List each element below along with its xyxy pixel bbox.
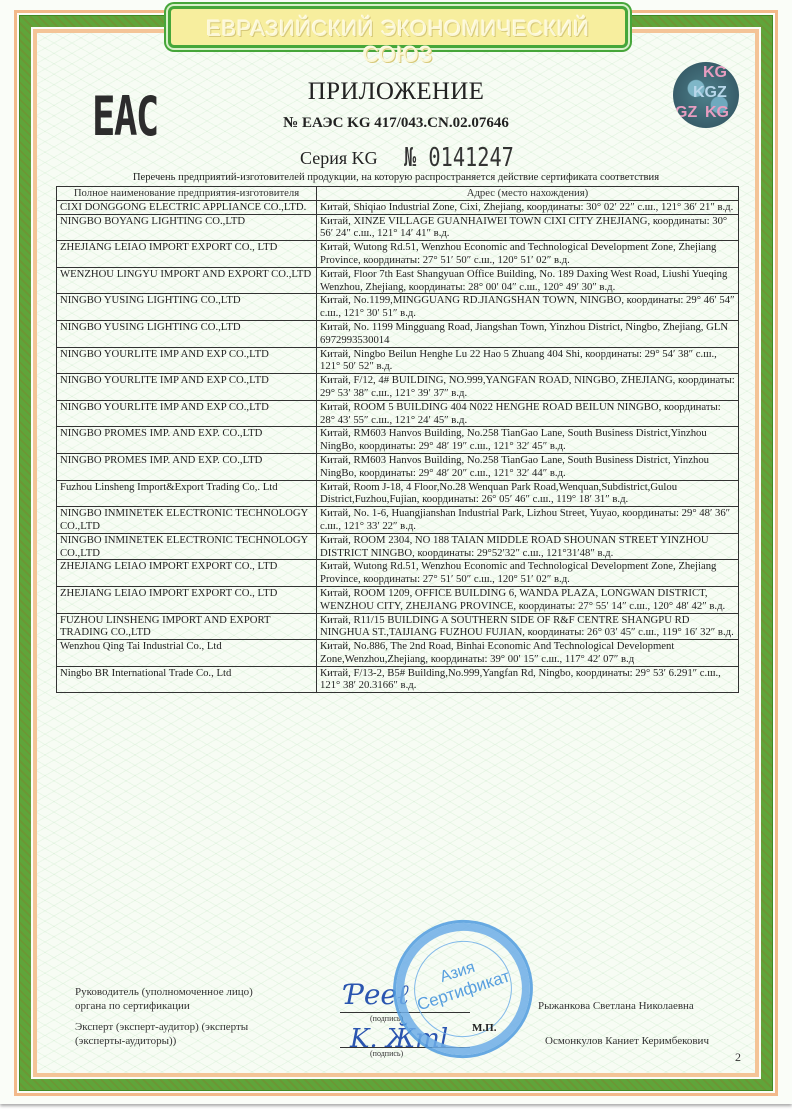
table-row: NINGBO YOURLITE IMP AND EXP CO.,LTDКитай…: [57, 374, 739, 401]
table-row: Fuzhou Linsheng Import&Export Trading Co…: [57, 480, 739, 507]
manufacturer-address: Китай, No.886, The 2nd Road, Binhai Econ…: [317, 640, 739, 667]
manufacturer-address: Китай, ROOM 1209, OFFICE BUILDING 6, WAN…: [317, 586, 739, 613]
manufacturer-address: Китай, RM603 Hanvos Building, No.258 Tia…: [317, 427, 739, 454]
manufacturer-address: Китай, No. 1-6, Huangjianshan Industrial…: [317, 507, 739, 534]
manufacturer-address: Китай, XINZE VILLAGE GUANHAIWEI TOWN CIX…: [317, 214, 739, 241]
list-caption: Перечень предприятий-изготовителей проду…: [0, 172, 792, 183]
manufacturer-address: Китай, Floor 7th East Shangyuan Office B…: [317, 267, 739, 294]
table-row: NINGBO PROMES IMP. AND EXP. CO.,LTDКитай…: [57, 453, 739, 480]
manufacturer-name: NINGBO YOURLITE IMP AND EXP CO.,LTD: [57, 400, 317, 427]
table-row: NINGBO INMINETEK ELECTRONIC TECHNOLOGY C…: [57, 507, 739, 534]
certificate-number: № ЕАЭС KG 417/043.CN.02.07646: [0, 115, 792, 132]
head-name: Рыжанкова Светлана Николаевна: [538, 1000, 694, 1012]
manufacturer-address: Китай, RM603 Hanvos Building, No.258 Tia…: [317, 453, 739, 480]
table-row: ZHEJIANG LEIAO IMPORT EXPORT CO., LTDКит…: [57, 586, 739, 613]
table-row: NINGBO YOURLITE IMP AND EXP CO.,LTDКитай…: [57, 400, 739, 427]
manufacturer-address: Китай, F/12, 4# BUILDING, NO.999,YANGFAN…: [317, 374, 739, 401]
table-row: Wenzhou Qing Tai Industrial Co., LtdКита…: [57, 640, 739, 667]
expert-name: Осмонкулов Каниет Керимбекович: [545, 1035, 709, 1047]
manufacturer-name: NINGBO YOURLITE IMP AND EXP CO.,LTD: [57, 347, 317, 374]
table-row: NINGBO BOYANG LIGHTING CO.,LTDКитай, XIN…: [57, 214, 739, 241]
table-row: CIXI DONGGONG ELECTRIC APPLIANCE CO.,LTD…: [57, 200, 739, 214]
union-banner-text: ЕВРАЗИЙСКИЙ ЭКОНОМИЧЕСКИЙ СОЮЗ: [171, 16, 625, 68]
manufacturer-address: Китай, ROOM 2304, NO 188 TAIAN MIDDLE RO…: [317, 533, 739, 560]
manufacturer-address: Китай, ROOM 5 BUILDING 404 N022 HENGHE R…: [317, 400, 739, 427]
table-row: ZHEJIANG LEIAO IMPORT EXPORT CO., LTDКит…: [57, 560, 739, 587]
manufacturer-name: Wenzhou Qing Tai Industrial Co., Ltd: [57, 640, 317, 667]
table-row: FUZHOU LINSHENG IMPORT AND EXPORT TRADIN…: [57, 613, 739, 640]
signature-caption: (подпись): [370, 1049, 403, 1058]
column-header-address: Адрес (место нахождения): [317, 187, 739, 201]
series-number: № 0141247: [404, 143, 514, 173]
manufacturer-address: Китай, Shiqiao Industrial Zone, Cixi, Zh…: [317, 200, 739, 214]
manufacturer-address: Китай, R11/15 BUILDING A SOUTHERN SIDE O…: [317, 613, 739, 640]
head-of-body-label: Руководитель (уполномоченное лицо) орган…: [75, 985, 255, 1013]
manufacturer-name: ZHEJIANG LEIAO IMPORT EXPORT CO., LTD: [57, 586, 317, 613]
manufacturer-name: Fuzhou Linsheng Import&Export Trading Co…: [57, 480, 317, 507]
manufacturer-name: NINGBO YOURLITE IMP AND EXP CO.,LTD: [57, 374, 317, 401]
manufacturer-name: NINGBO YUSING LIGHTING CO.,LTD: [57, 294, 317, 321]
manufacturers-table: Полное наименование предприятия-изготови…: [56, 186, 739, 693]
document-title: ПРИЛОЖЕНИЕ: [0, 78, 792, 106]
manufacturer-name: Ningbo BR International Trade Co., Ltd: [57, 666, 317, 693]
manufacturer-name: NINGBO PROMES IMP. AND EXP. CO.,LTD: [57, 427, 317, 454]
manufacturer-address: Китай, Ningbo Beilun Henghe Lu 22 Hao 5 …: [317, 347, 739, 374]
table-row: Ningbo BR International Trade Co., LtdКи…: [57, 666, 739, 693]
page-number: 2: [735, 1050, 741, 1065]
manufacturer-name: CIXI DONGGONG ELECTRIC APPLIANCE CO.,LTD…: [57, 200, 317, 214]
manufacturer-name: ZHEJIANG LEIAO IMPORT EXPORT CO., LTD: [57, 241, 317, 268]
manufacturer-address: Китай, No. 1199 Mingguang Road, Jiangsha…: [317, 320, 739, 347]
manufacturer-address: Китай, Wutong Rd.51, Wenzhou Economic an…: [317, 560, 739, 587]
table-row: NINGBO YUSING LIGHTING CO.,LTDКитай, No.…: [57, 294, 739, 321]
manufacturer-name: NINGBO INMINETEK ELECTRONIC TECHNOLOGY C…: [57, 507, 317, 534]
table-row: ZHEJIANG LEIAO IMPORT EXPORT CO., LTDКит…: [57, 241, 739, 268]
table-row: WENZHOU LINGYU IMPORT AND EXPORT CO.,LTD…: [57, 267, 739, 294]
manufacturer-address: Китай, Wutong Rd.51, Wenzhou Economic an…: [317, 241, 739, 268]
table-header-row: Полное наименование предприятия-изготови…: [57, 187, 739, 201]
manufacturer-address: Китай, Room J-18, 4 Floor,No.28 Wenquan …: [317, 480, 739, 507]
manufacturer-name: NINGBO PROMES IMP. AND EXP. CO.,LTD: [57, 453, 317, 480]
manufacturer-address: Китай, F/13-2, B5# Building,No.999,Yangf…: [317, 666, 739, 693]
union-banner: ЕВРАЗИЙСКИЙ ЭКОНОМИЧЕСКИЙ СОЮЗ: [168, 6, 628, 48]
table-row: NINGBO YUSING LIGHTING CO.,LTDКитай, No.…: [57, 320, 739, 347]
manufacturer-name: NINGBO BOYANG LIGHTING CO.,LTD: [57, 214, 317, 241]
table-row: NINGBO YOURLITE IMP AND EXP CO.,LTDКитай…: [57, 347, 739, 374]
manufacturer-name: NINGBO YUSING LIGHTING CO.,LTD: [57, 320, 317, 347]
table-row: NINGBO PROMES IMP. AND EXP. CO.,LTDКитай…: [57, 427, 739, 454]
series-label: Серия KG: [300, 148, 378, 169]
seal-mark: М.П.: [472, 1022, 496, 1034]
manufacturer-name: NINGBO INMINETEK ELECTRONIC TECHNOLOGY C…: [57, 533, 317, 560]
manufacturer-address: Китай, No.1199,MINGGUANG RD.JIANGSHAN TO…: [317, 294, 739, 321]
certificate-sheet: ЕВРАЗИЙСКИЙ ЭКОНОМИЧЕСКИЙ СОЮЗ EAC KG KG…: [0, 0, 792, 1104]
expert-label: Эксперт (эксперт-аудитор) (эксперты (экс…: [75, 1020, 275, 1048]
column-header-name: Полное наименование предприятия-изготови…: [57, 187, 317, 201]
table-row: NINGBO INMINETEK ELECTRONIC TECHNOLOGY C…: [57, 533, 739, 560]
manufacturer-name: FUZHOU LINSHENG IMPORT AND EXPORT TRADIN…: [57, 613, 317, 640]
manufacturer-name: ZHEJIANG LEIAO IMPORT EXPORT CO., LTD: [57, 560, 317, 587]
manufacturer-name: WENZHOU LINGYU IMPORT AND EXPORT CO.,LTD: [57, 267, 317, 294]
